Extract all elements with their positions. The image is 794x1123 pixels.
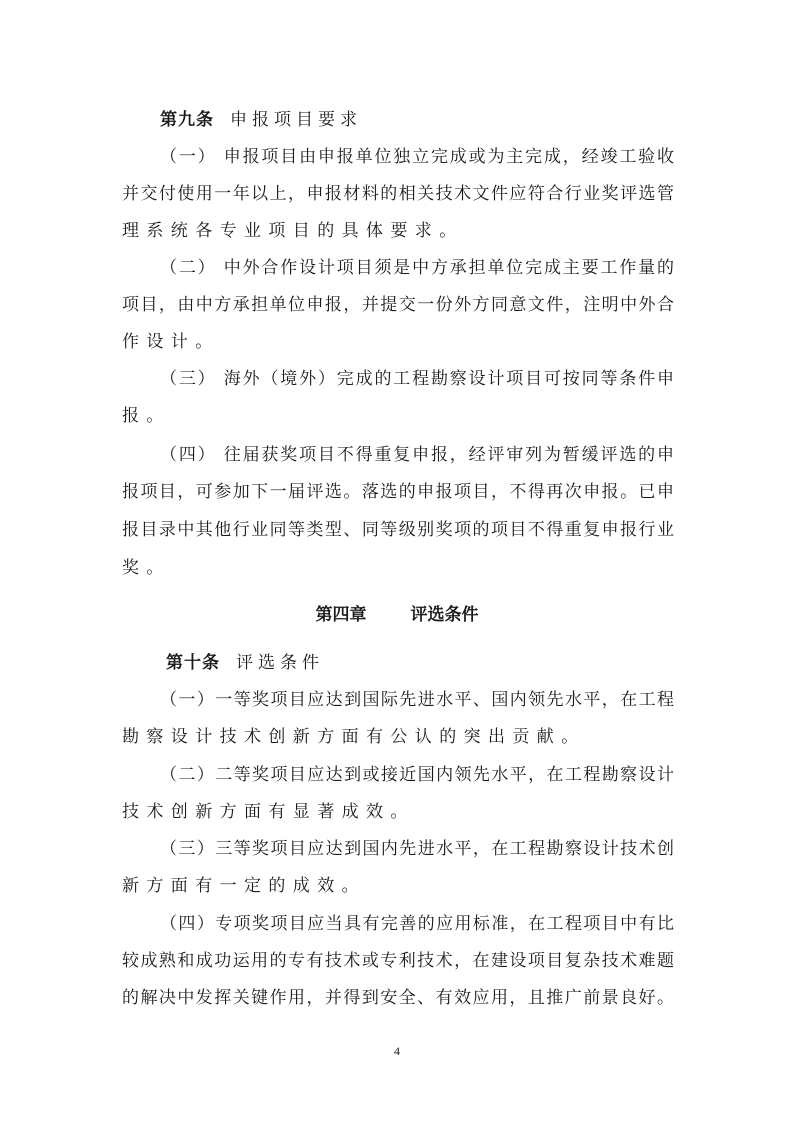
article-10-heading: 第十条评选条件 — [166, 651, 324, 675]
article-9-line: （一） 申报项目由申报单位独立完成或为主完成，经竣工验收 — [160, 145, 674, 169]
article-10-line: 较成熟和成功运用的专有技术或专利技术，在建设项目复杂技术难题 — [122, 949, 674, 973]
article-9-line: 奖。 — [122, 556, 674, 580]
article-9-line: 报。 — [122, 404, 674, 428]
article-10-title: 第十条 — [166, 653, 220, 673]
chapter-heading: 第四章评选条件 — [0, 603, 794, 627]
article-10-line: （三）三等奖项目应达到国内先进水平，在工程勘察设计技术创 — [160, 837, 674, 861]
article-10-line: （一）一等奖项目应达到国际先进水平、国内领先水平，在工程 — [160, 688, 674, 712]
article-10-line: 技术创新方面有显著成效。 — [122, 800, 674, 824]
article-9-line: 作设计。 — [122, 330, 674, 354]
article-9-heading: 第九条申报项目要求 — [160, 108, 362, 132]
article-9-line: 项目，由中方承担单位申报，并提交一份外方同意文件，注明中外合 — [122, 293, 674, 317]
article-9-subtitle: 申报项目要求 — [230, 110, 362, 130]
chapter-title: 评选条件 — [411, 603, 479, 627]
article-9-line: （二） 中外合作设计项目须是中方承担单位完成主要工作量的 — [160, 256, 674, 280]
article-9-line: （四） 往届获奖项目不得重复申报，经评审列为暂缓评选的申 — [160, 443, 674, 467]
article-9-line: （三） 海外（境外）完成的工程勘察设计项目可按同等条件申 — [160, 367, 674, 391]
article-10-line: 新方面有一定的成效。 — [122, 874, 674, 898]
article-10-subtitle: 评选条件 — [236, 653, 324, 673]
article-9-line: 报项目，可参加下一届评选。落选的申报项目，不得再次申报。已申 — [122, 480, 674, 504]
article-10-line: 勘察设计技术创新方面有公认的突出贡献。 — [122, 725, 674, 749]
article-10-line: 的解决中发挥关键作用，并得到安全、有效应用，且推广前景良好。 — [122, 986, 674, 1010]
article-10-line: （四）专项奖项目应当具有完善的应用标准，在工程项目中有比 — [160, 912, 674, 936]
article-10-line: （二）二等奖项目应达到或接近国内领先水平，在工程勘察设计 — [160, 763, 674, 787]
page-number: 4 — [0, 1044, 794, 1059]
article-9-line: 理系统各专业项目的具体要求。 — [122, 219, 674, 243]
article-9-line: 报目录中其他行业同等类型、同等级别奖项的项目不得重复申报行业 — [122, 518, 674, 542]
article-9-title: 第九条 — [160, 110, 214, 130]
article-9-line: 并交付使用一年以上，申报材料的相关技术文件应符合行业奖评选管 — [122, 182, 674, 206]
chapter-number: 第四章 — [316, 603, 367, 627]
